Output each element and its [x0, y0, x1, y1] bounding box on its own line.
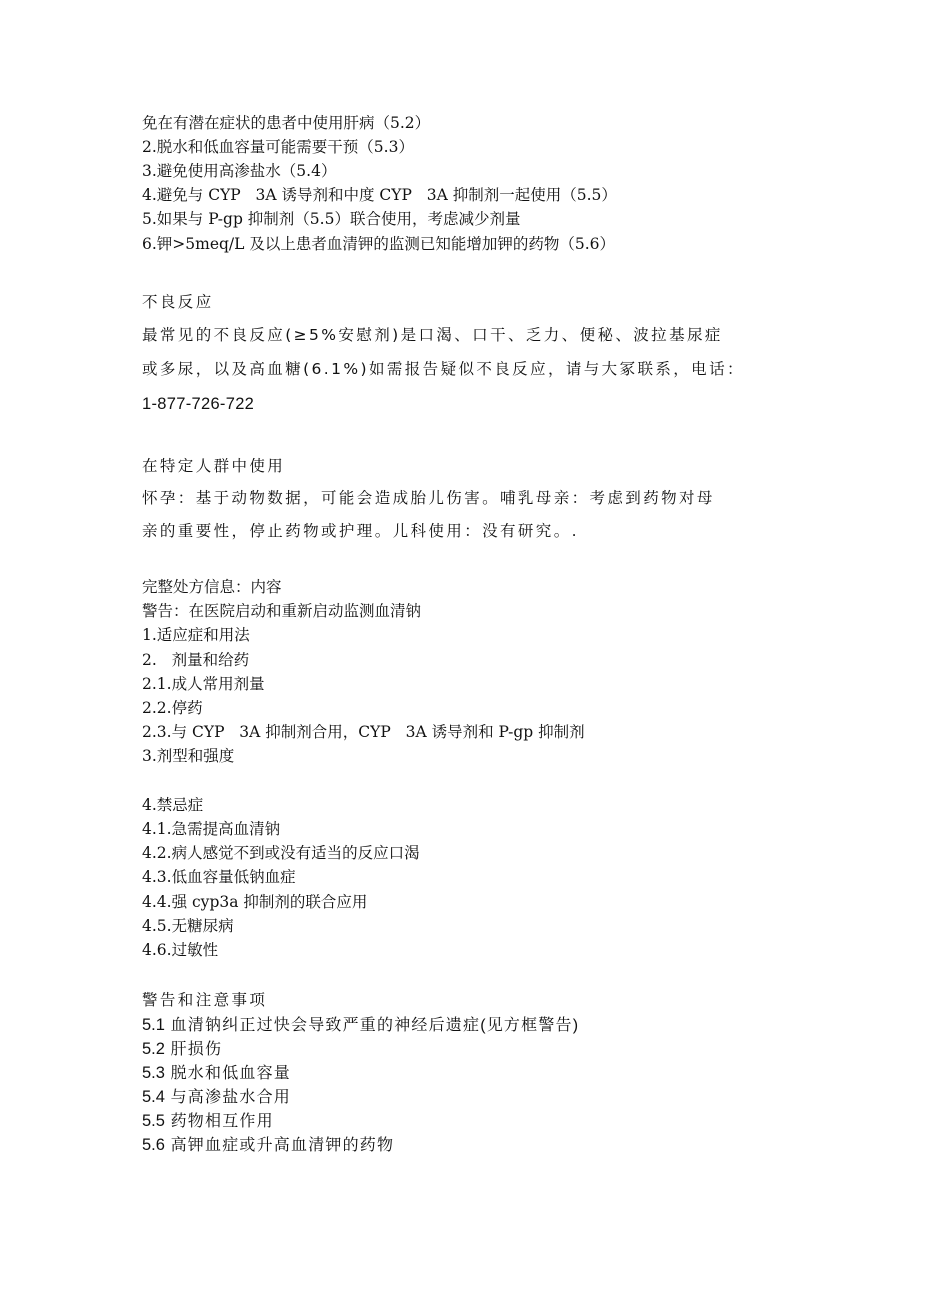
warning-item-text: 高钾血症或升高血清钾的药物 [171, 1137, 395, 1154]
highlight-item: 2.脱水和低血容量可能需要干预（5.3） [142, 140, 414, 156]
warning-item-text: 脱水和低血容量 [171, 1065, 291, 1082]
section-heading: 在特定人群中使用 [142, 459, 285, 475]
paragraph-line: 怀孕：基于动物数据，可能会造成胎儿伤害。哺乳母亲：考虑到药物对母 [142, 491, 715, 507]
toc-item: 4.4.强 cyp3a 抑制剂的联合应用 [142, 895, 367, 911]
highlight-item: 6.钾>5meq/L 及以上患者血清钾的监测已知能增加钾的药物（5.6） [142, 237, 615, 253]
document-page: 免在有潜在症状的患者中使用肝病（5.2） 2.脱水和低血容量可能需要干预（5.3… [0, 0, 925, 1309]
toc-item: 1.适应症和用法 [142, 628, 250, 644]
warning-item-number: 5.6 [142, 1136, 165, 1154]
toc-item: 2.2.停药 [142, 701, 203, 717]
paragraph-line: 亲的重要性，停止药物或护理。儿科使用：没有研究。. [142, 524, 579, 540]
warning-item-number: 5.1 [142, 1016, 165, 1034]
toc-item: 2.1.成人常用剂量 [142, 677, 265, 693]
section-heading: 不良反应 [142, 295, 214, 311]
warning-item: 5.4 与高渗盐水合用 [142, 1089, 291, 1106]
warning-item-number: 5.3 [142, 1064, 165, 1082]
warning-item: 5.3 脱水和低血容量 [142, 1065, 291, 1082]
highlight-item: 4.避免与 CYP 3A 诱导剂和中度 CYP 3A 抑制剂一起使用（5.5） [142, 188, 617, 204]
toc-item: 2. 剂量和给药 [142, 653, 249, 669]
paragraph-line: 或多尿，以及高血糖(6.1%)如需报告疑似不良反应，请与大冢联系，电话： [142, 362, 745, 378]
section-heading: 警告和注意事项 [142, 993, 267, 1009]
paragraph-line: 最常见的不良反应(≥5%安慰剂)是口渴、口干、乏力、便秘、波拉基尿症 [142, 328, 723, 344]
highlight-item: 3.避免使用高渗盐水（5.4） [142, 164, 336, 180]
warning-item-number: 5.5 [142, 1112, 165, 1130]
warning-item-text: 肝损伤 [171, 1041, 223, 1058]
section-heading: 完整处方信息：内容 [142, 580, 282, 596]
warning-item: 5.2 肝损伤 [142, 1041, 222, 1058]
warning-item-text: 血清钠纠正过快会导致严重的神经后遗症(见方框警告) [171, 1017, 580, 1034]
warning-item: 5.1 血清钠纠正过快会导致严重的神经后遗症(见方框警告) [142, 1017, 579, 1034]
toc-item: 4.2.病人感觉不到或没有适当的反应口渴 [142, 846, 420, 862]
phone-number: 1-877-726-722 [142, 396, 254, 413]
toc-item: 4.6.过敏性 [142, 943, 218, 959]
toc-item: 4.5.无糖尿病 [142, 919, 234, 935]
highlight-item: 免在有潜在症状的患者中使用肝病（5.2） [142, 116, 430, 132]
warning-item: 5.6 高钾血症或升高血清钾的药物 [142, 1137, 394, 1154]
toc-item: 警告：在医院启动和重新启动监测血清钠 [142, 604, 421, 620]
warning-item-text: 药物相互作用 [171, 1113, 274, 1130]
toc-item: 2.3.与 CYP 3A 抑制剂合用，CYP 3A 诱导剂和 P-gp 抑制剂 [142, 725, 585, 741]
warning-item: 5.5 药物相互作用 [142, 1113, 274, 1130]
toc-item: 4.1.急需提高血清钠 [142, 822, 280, 838]
toc-item: 4.禁忌症 [142, 798, 203, 814]
warning-item-text: 与高渗盐水合用 [171, 1089, 291, 1106]
toc-item: 4.3.低血容量低钠血症 [142, 870, 296, 886]
highlight-item: 5.如果与 P-gp 抑制剂（5.5）联合使用，考虑减少剂量 [142, 212, 520, 228]
warning-item-number: 5.2 [142, 1040, 165, 1058]
toc-item: 3.剂型和强度 [142, 749, 234, 765]
warning-item-number: 5.4 [142, 1088, 165, 1106]
